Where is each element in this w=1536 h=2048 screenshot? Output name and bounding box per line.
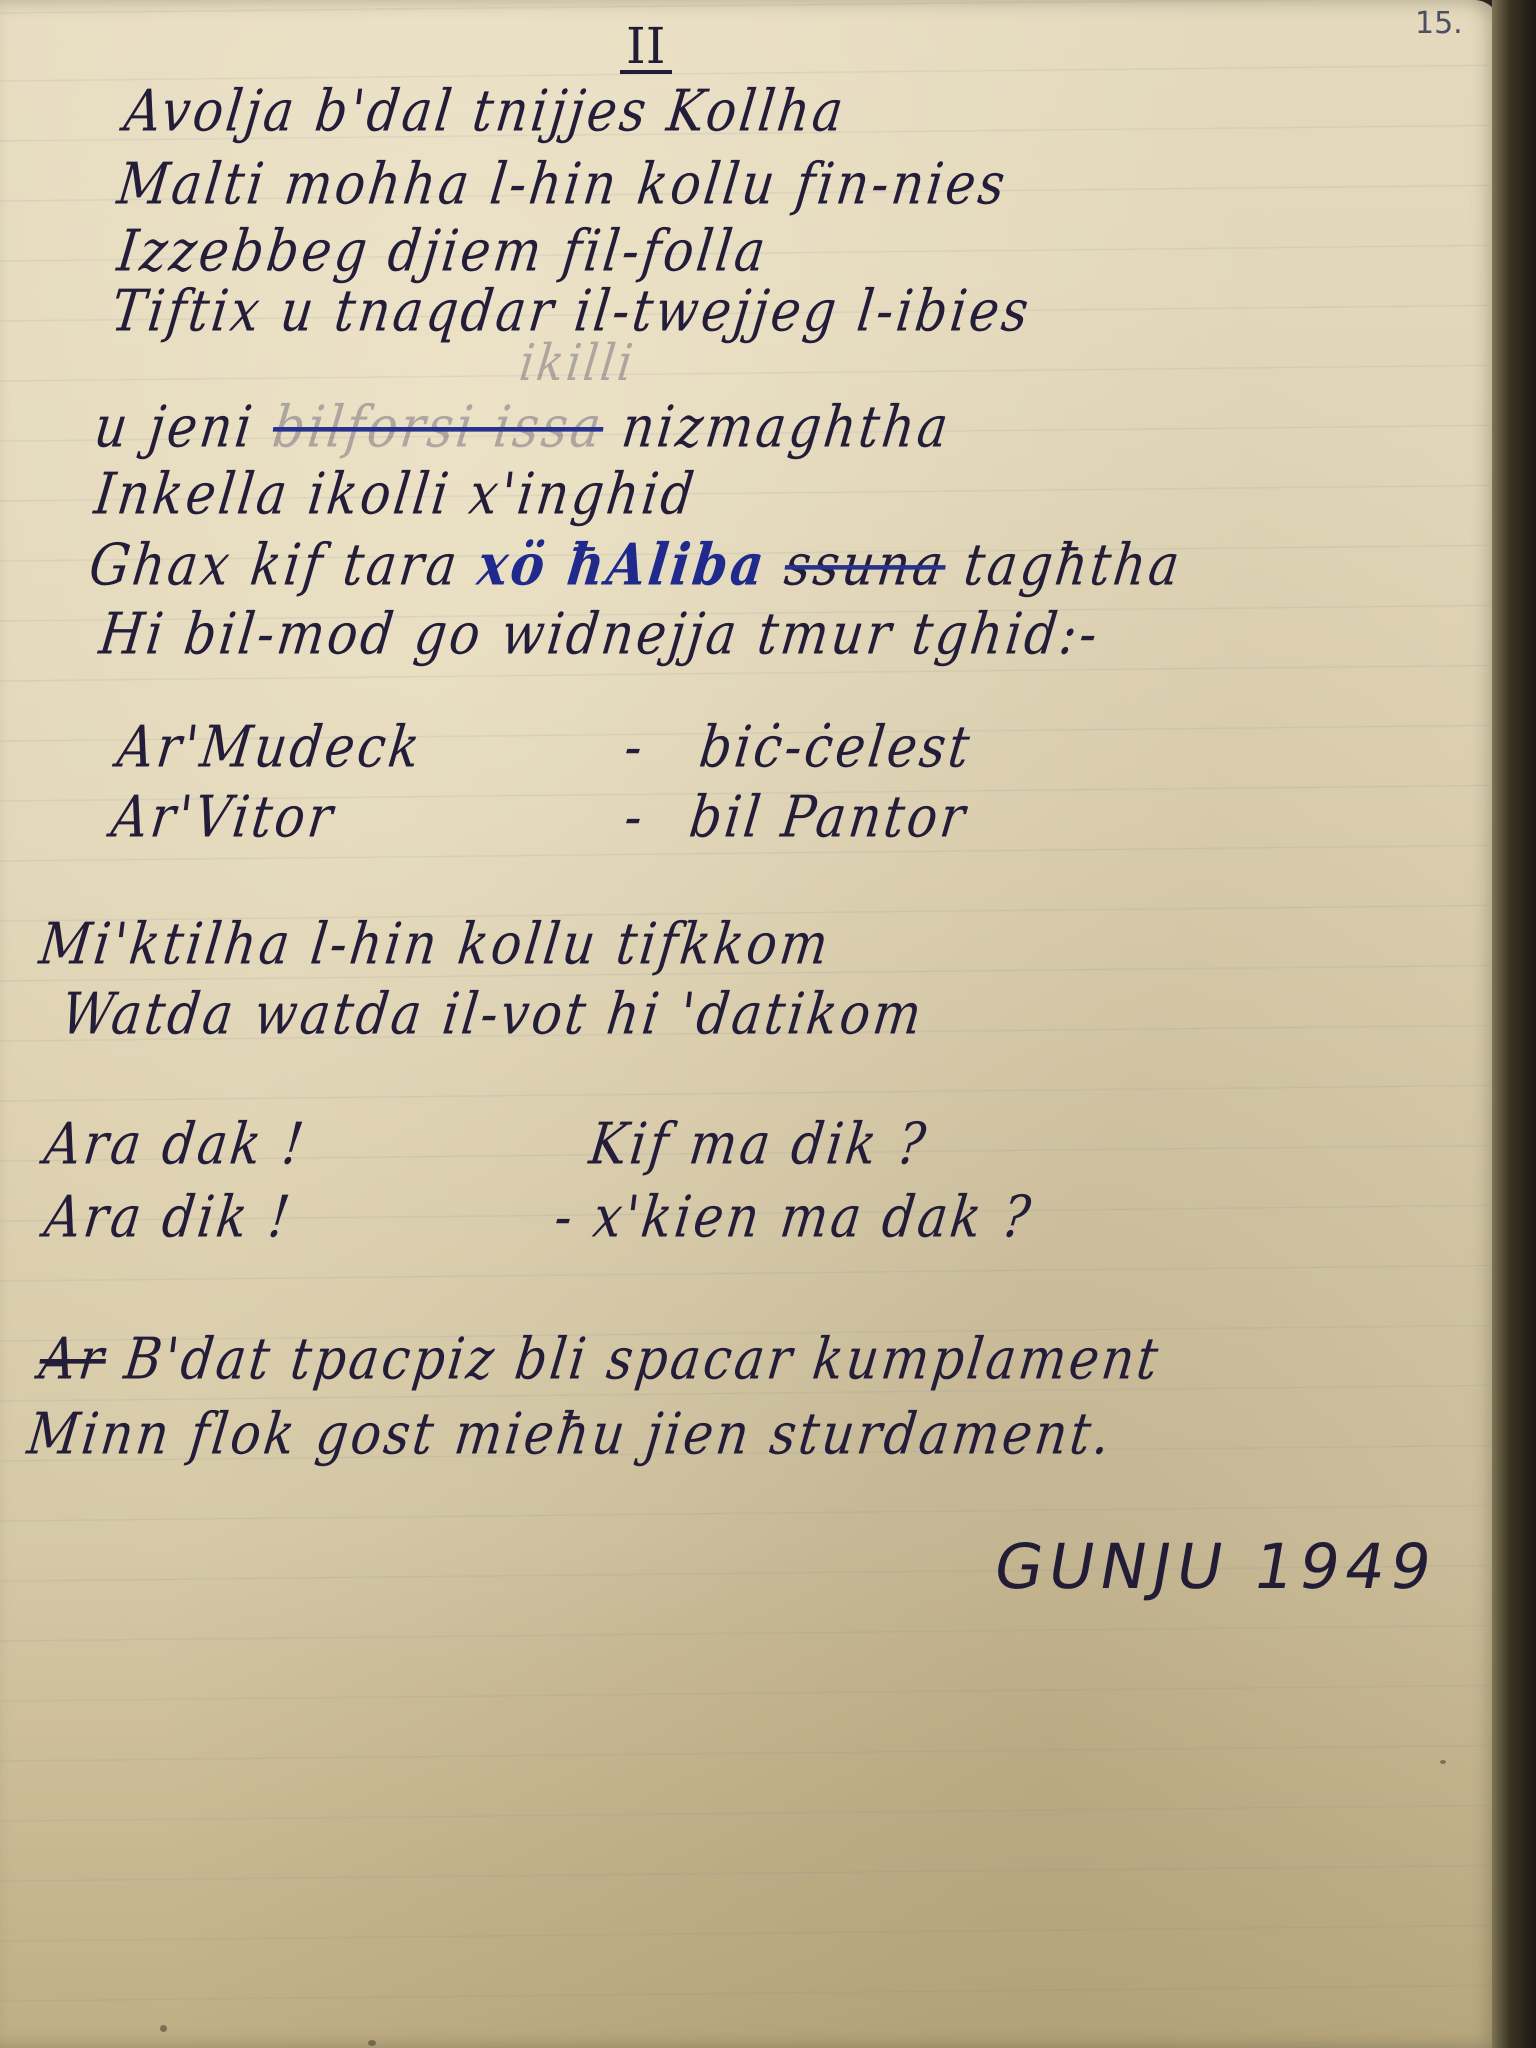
page-edge-shadow <box>1492 0 1536 2048</box>
stanza-3-line-1-left: Ar'Mudeck <box>114 714 426 781</box>
page-number: 15. <box>1415 6 1463 41</box>
stanza-1-line-1: Avolja b'dal tnijjes Kollha <box>121 78 850 145</box>
word-u-jeni: u jeni <box>91 394 277 461</box>
stanza-4-line-2: Watda watda il-vot hi 'datikom <box>58 981 928 1048</box>
stanza-6-line-1-text: B'dat tpacpiz bli spacar kumplament <box>121 1326 1165 1393</box>
stanza-5-line-1-left: Ara dak ! <box>41 1111 310 1178</box>
stanza-1-line-3: Izzebbeg djiem fil-folla <box>114 218 772 285</box>
struck-word-blue: ssuna <box>781 532 950 599</box>
ink-speck <box>160 2025 167 2032</box>
stanza-6-line-2: Minn flok gost mieħu jien sturdament. <box>24 1401 1117 1468</box>
stanza-2-line-4: Hi bil-mod go widnejja tmur tghid:- <box>96 601 1104 668</box>
date-month: GUNJU <box>989 1530 1235 1603</box>
stanza-5-line-2-left: Ara dik ! <box>41 1184 296 1251</box>
stanza-3-line-2-right: bil Pantor <box>686 784 972 851</box>
ink-speck <box>368 2040 376 2046</box>
stanza-2-line-2: Inkella ikolli x'inghid <box>91 461 700 528</box>
stanza-1-line-2: Malti mohha l-hin kollu fin-nies <box>114 151 1011 218</box>
word-nizmaghtha: nizmaghtha <box>599 394 954 461</box>
inserted-blue-words: xö ħAliba <box>474 531 770 599</box>
section-numeral: II <box>620 22 672 74</box>
ink-speck <box>1440 1760 1446 1764</box>
date-signature: GUNJU1949 <box>989 1530 1469 1603</box>
word-taghtha: tagħtha <box>942 532 1186 599</box>
stanza-2-line-3: Ghax kif tara xö ħAliba ssuna tagħtha <box>86 531 1186 599</box>
date-year: 1949 <box>1248 1530 1443 1603</box>
stanza-3-line-1-right: biċ-ċelest <box>696 714 976 781</box>
struck-words: bilforsi issa <box>269 394 607 461</box>
stanza-2-line-1: u jeni bilforsi issa nizmaghtha <box>91 394 955 461</box>
stanza-3-line-2-left: Ar'Vitor <box>108 784 339 851</box>
stanza-6-line-1: Ar B'dat tpacpiz bli spacar kumplament <box>36 1326 1164 1393</box>
inserted-word-ikilli: ikilli <box>516 334 638 393</box>
struck-prefix: Ar <box>36 1326 110 1393</box>
manuscript-page: 15. II Avolja b'dal tnijjes Kollha Malti… <box>0 0 1500 2048</box>
stanza-5-line-1-right: Kif ma dik ? <box>586 1111 932 1178</box>
stanza-4-line-1: Mi'ktilha l-hin kollu tifkkom <box>36 911 835 978</box>
stanza-5-line-2-right: - x'kien ma dak ? <box>551 1184 1037 1251</box>
word-ghax-kif-tara: Ghax kif tara <box>86 532 482 599</box>
